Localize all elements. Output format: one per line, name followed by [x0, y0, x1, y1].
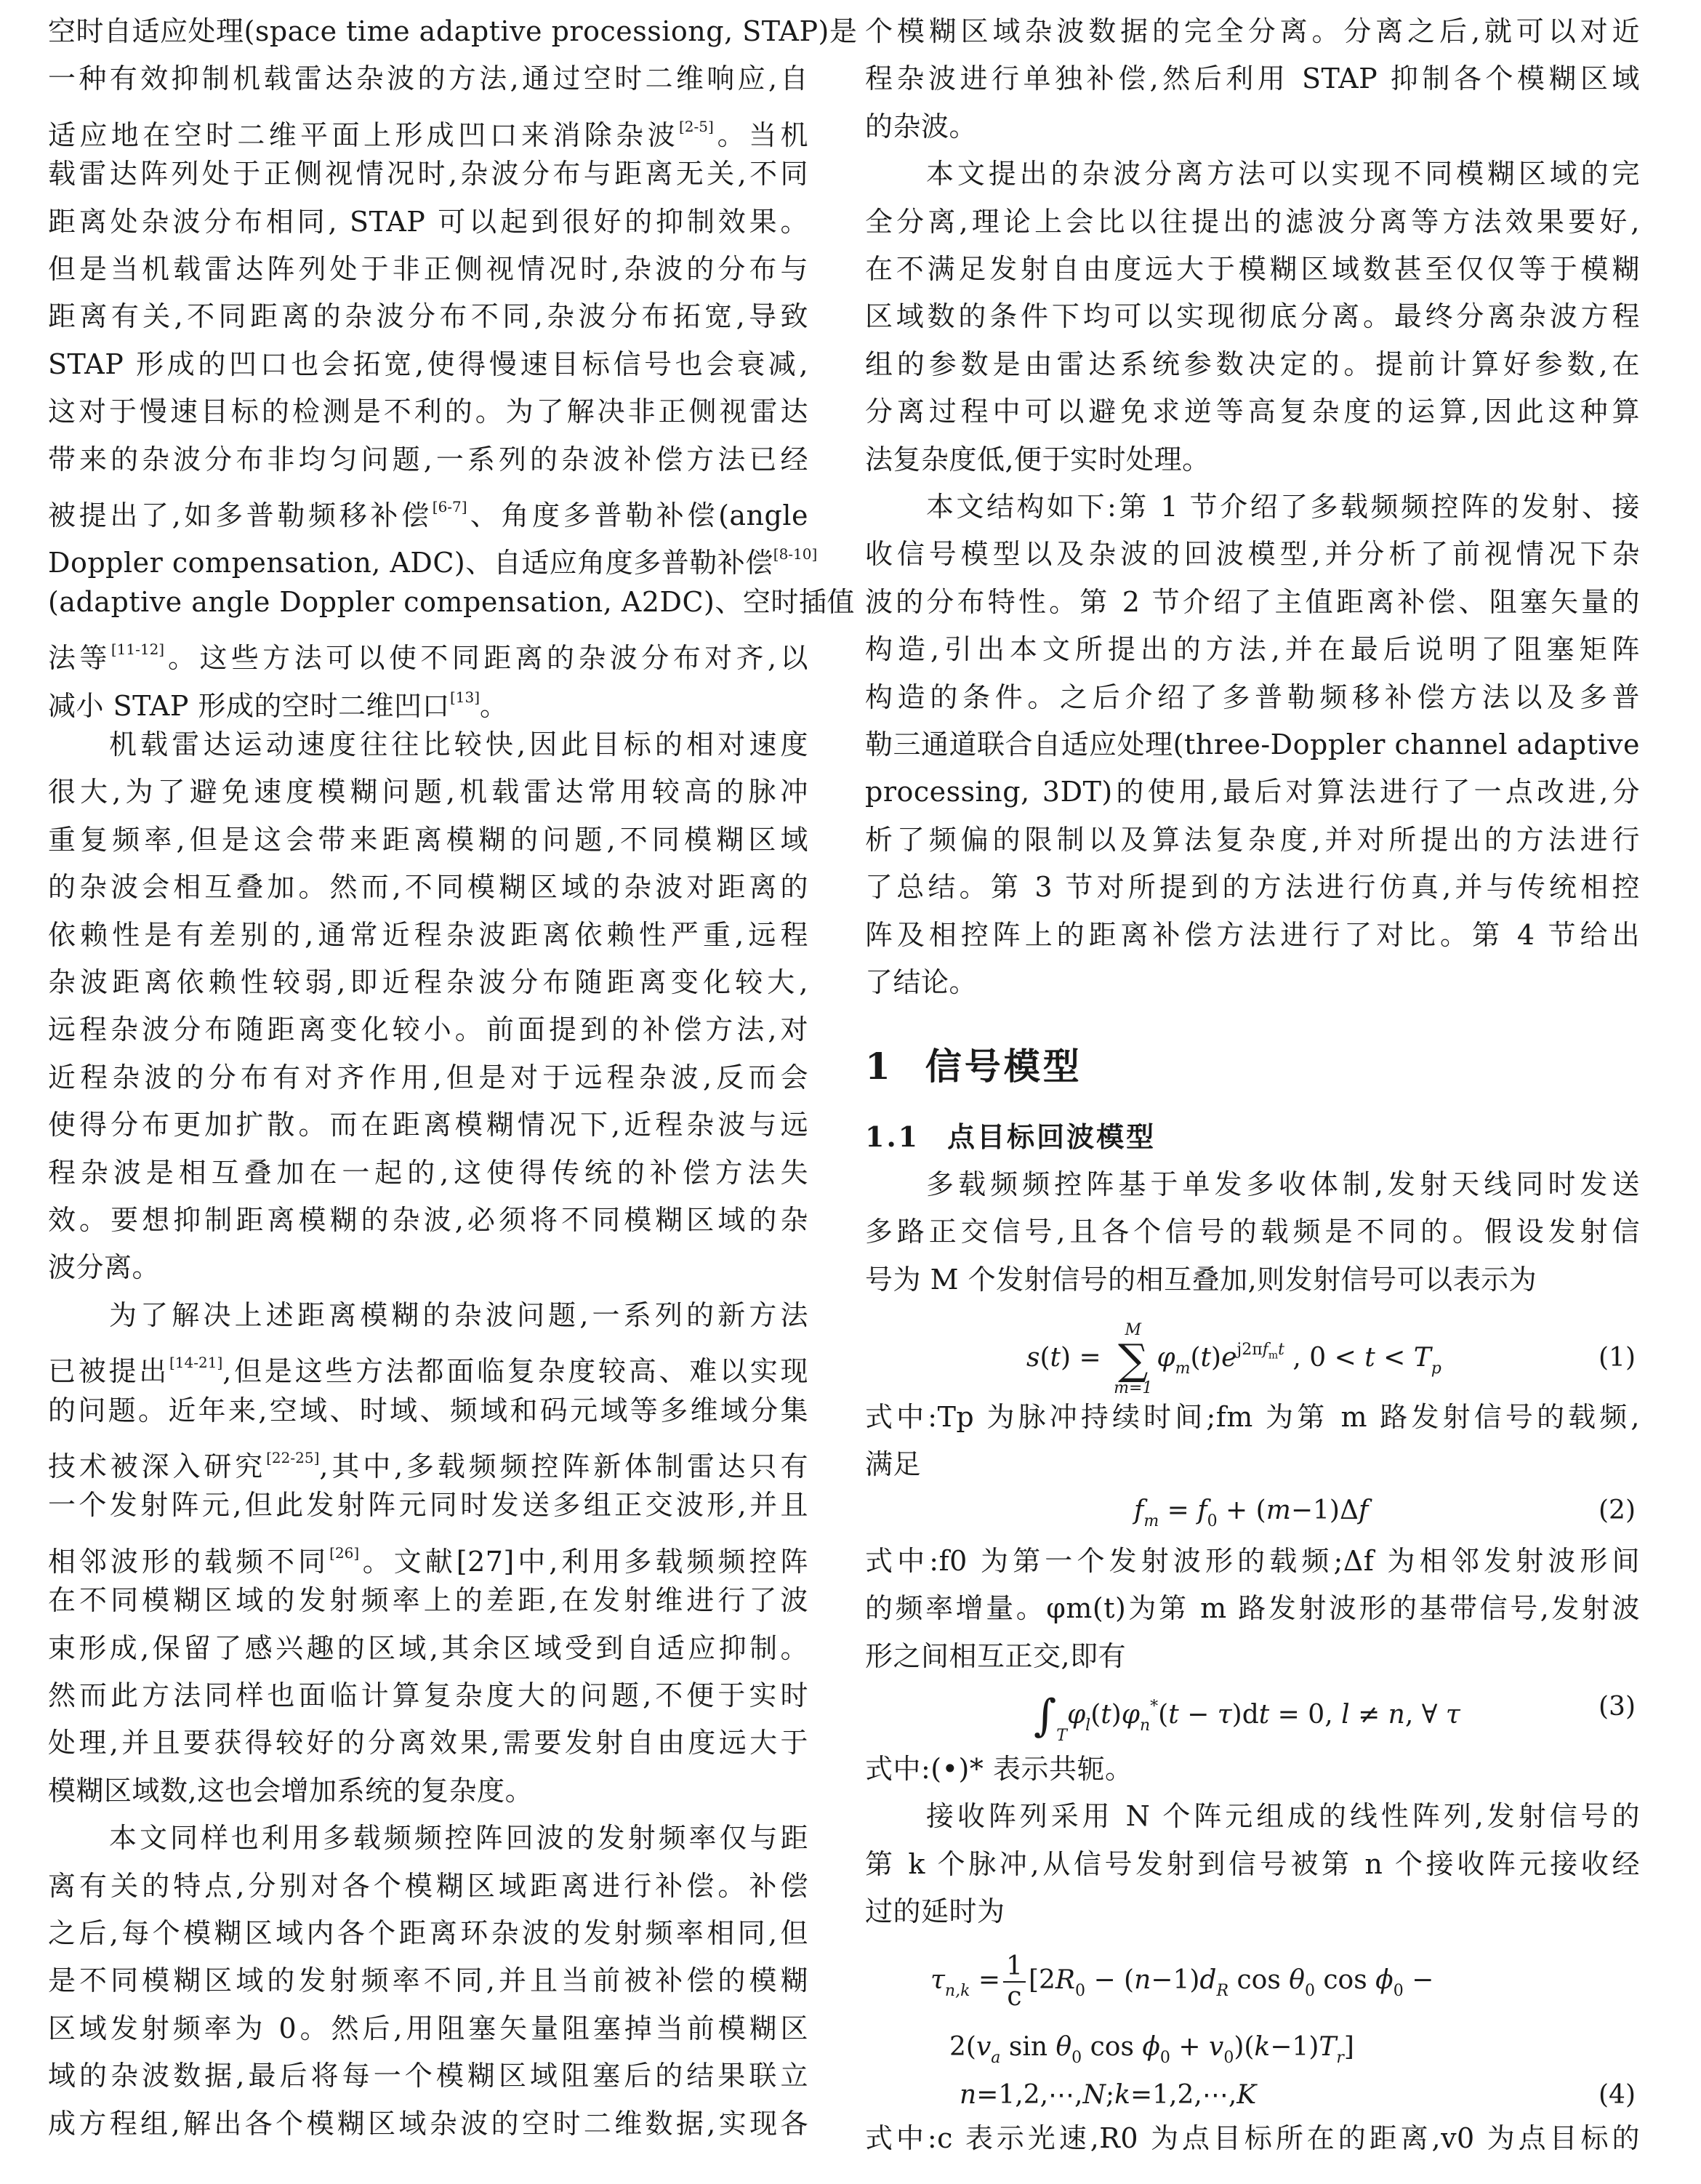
line-text: 离有关的特点,分别对各个模糊区域距离进行补偿。补偿 [48, 1870, 808, 1902]
line-text: 很大,为了避免速度模糊问题,机载雷达常用较高的脉冲 [48, 776, 808, 808]
line-text: 程杂波进行单独补偿,然后利用 STAP 抑制各个模糊区域 [865, 63, 1640, 95]
text-line: 但是当机载雷达阵列处于非正侧视情况时,杂波的分布与 [48, 252, 808, 286]
line-text: 全分离,理论上会比以往提出的滤波分离等方法效果要好, [865, 206, 1640, 238]
line-text: 成方程组,解出各个模糊区域杂波的空时二维数据,实现各 [48, 2108, 808, 2140]
line-text: 近程杂波的分布有对齐作用,但是对于远程杂波,反而会 [48, 1061, 808, 1093]
text-line: 满足 [865, 1448, 1640, 1481]
text-line: 本文提出的杂波分离方法可以实现不同模糊区域的完 [865, 157, 1640, 190]
equation-4-line-3: n=1,2,⋯,N;k=1,2,⋯,K (4) [865, 2073, 1640, 2117]
text-line: 效。要想抑制距离模糊的杂波,必须将不同模糊区域的杂 [48, 1203, 808, 1237]
line-text: 为了解决上述距离模糊的杂波问题,一系列的新方法 [109, 1299, 808, 1331]
text-line: 本文结构如下:第 1 节介绍了多载频频控阵的发射、接 [865, 490, 1640, 523]
text-line: 近程杂波的分布有对齐作用,但是对于远程杂波,反而会 [48, 1061, 808, 1094]
line-text: 阵及相控阵上的距离补偿方法进行了对比。第 4 节给出 [865, 919, 1640, 951]
line-text: 式中:c 表示光速,R0 为点目标所在的距离,v0 为点目标的 [865, 2122, 1640, 2154]
text-line: 离有关的特点,分别对各个模糊区域距离进行补偿。补偿 [48, 1869, 808, 1903]
line-text: 距离处杂波分布相同, STAP 可以起到很好的抑制效果。 [48, 206, 808, 238]
text-line: 的杂波。 [865, 110, 1640, 143]
text-line: 法等[11-12]。这些方法可以使不同距离的杂波分布对齐,以 [48, 633, 808, 666]
line-text-after: ,其中,多载频频控阵新体制雷达只有 [319, 1450, 808, 1482]
text-line: 已被提出[14-21],但是这些方法都面临复杂度较高、难以实现 [48, 1346, 808, 1379]
line-text: 的杂波。 [865, 111, 977, 142]
citation-ref[interactable]: [2-5] [679, 118, 714, 135]
equation-4-line-1: τn,k =1c[2R0 − (n−1)dR cos θ0 cos ϕ0 − [865, 1952, 1640, 2018]
line-text: Doppler compensation, ADC)、自适应角度多普勒补偿 [48, 547, 773, 579]
citation-ref[interactable]: [8-10] [773, 545, 818, 563]
text-line: 波分离。 [48, 1250, 808, 1284]
text-line: 在不满足发射自由度远大于模糊区域数甚至仅仅等于模糊 [865, 252, 1640, 286]
line-text: 号为 M 个发射信号的相互叠加,则发射信号可以表示为 [865, 1264, 1537, 1296]
summation-symbol: M ∑ m=1 [1114, 1322, 1152, 1397]
line-text: 分离过程中可以避免求逆等高复杂度的运算,因此这种算 [865, 396, 1640, 427]
text-line: 波的分布特性。第 2 节介绍了主值距离补偿、阻塞矢量的 [865, 585, 1640, 619]
text-line: 接收阵列采用 N 个阵元组成的线性阵列,发射信号的 [865, 1799, 1640, 1833]
equation-number: (1) [1599, 1336, 1636, 1380]
text-line: 这对于慢速目标的检测是不利的。为了解决非正侧视雷达 [48, 395, 808, 428]
line-text: 是不同模糊区域的发射频率不同,并且当前被补偿的模糊 [48, 1964, 808, 1996]
text-line: 模糊区域数,这也会增加系统的复杂度。 [48, 1774, 808, 1807]
line-text: 满足 [865, 1448, 921, 1480]
subsection-title: 点目标回波模型 [947, 1121, 1156, 1153]
citation-ref[interactable]: [6-7] [433, 498, 467, 515]
line-text: 已被提出 [48, 1355, 169, 1387]
text-line: 了总结。第 3 节对所提到的方法进行仿真,并与传统相控 [865, 870, 1640, 904]
text-line: 析了频偏的限制以及算法复杂度,并对所提出的方法进行 [865, 823, 1640, 856]
line-text: 式中:(•)* 表示共轭。 [865, 1753, 1133, 1785]
section-heading: 1信号模型 [865, 1045, 1082, 1088]
equation-4-line-2: 2(va sin θ0 cos ϕ0 + v0)(k−1)Tr] [865, 2026, 1640, 2069]
text-line: 第 k 个脉冲,从信号发射到信号被第 n 个接收阵元接收经 [865, 1847, 1640, 1881]
text-line: 使得分布更加扩散。而在距离模糊情况下,近程杂波与远 [48, 1108, 808, 1141]
line-text: 形之间相互正交,即有 [865, 1640, 1126, 1672]
text-line: 适应地在空时二维平面上形成凹口来消除杂波[2-5]。当机 [48, 110, 808, 143]
text-line: 分离过程中可以避免求逆等高复杂度的运算,因此这种算 [865, 395, 1640, 428]
line-text: 效。要想抑制距离模糊的杂波,必须将不同模糊区域的杂 [48, 1204, 808, 1236]
line-text: 的频率增量。φm(t)为第 m 路发射波形的基带信号,发射波 [865, 1592, 1640, 1624]
line-text-after: 。 [480, 690, 508, 722]
text-line: 机载雷达运动速度往往比较快,因此目标的相对速度 [48, 728, 808, 761]
line-text: 程杂波是相互叠加在一起的,这使得传统的补偿方法失 [48, 1157, 808, 1189]
text-line: 减小 STAP 形成的空时二维凹口[13]。 [48, 681, 808, 714]
line-text: 区域发射频率为 0。然后,用阻塞矢量阻塞掉当前模糊区 [48, 2012, 808, 2044]
citation-ref[interactable]: [26] [329, 1544, 359, 1562]
text-line: 过的延时为 [865, 1895, 1640, 1928]
equation-1: s(t) = M ∑ m=1 φm(t)ej2πfmt , 0 < t < Tp… [865, 1322, 1640, 1394]
text-line: 全分离,理论上会比以往提出的滤波分离等方法效果要好, [865, 205, 1640, 238]
line-text: 一个发射阵元,但此发射阵元同时发送多组正交波形,并且 [48, 1489, 808, 1521]
line-text: 接收阵列采用 N 个阵元组成的线性阵列,发射信号的 [926, 1800, 1640, 1832]
text-line: 了结论。 [865, 965, 1640, 999]
text-line: 多载频频控阵基于单发多收体制,发射天线同时发送 [865, 1168, 1640, 1201]
subsection-heading: 1.1点目标回波模型 [865, 1120, 1156, 1154]
line-text: 相邻波形的载频不同 [48, 1546, 329, 1578]
text-line: 区域发射频率为 0。然后,用阻塞矢量阻塞掉当前模糊区 [48, 2012, 808, 2045]
text-line: 处理,并且要获得较好的分离效果,需要发射自由度远大于 [48, 1726, 808, 1759]
text-line: 然而此方法同样也面临计算复杂度大的问题,不便于实时 [48, 1679, 808, 1712]
equation-2: fm = f0 + (m−1)Δf (2) [865, 1489, 1640, 1533]
text-line: 阵及相控阵上的距离补偿方法进行了对比。第 4 节给出 [865, 918, 1640, 952]
line-text: 在不满足发射自由度远大于模糊区域数甚至仅仅等于模糊 [865, 253, 1640, 285]
text-line: 式中:(•)* 表示共轭。 [865, 1752, 1640, 1786]
text-line: Doppler compensation, ADC)、自适应角度多普勒补偿[8-… [48, 537, 808, 571]
line-text: 使得分布更加扩散。而在距离模糊情况下,近程杂波与远 [48, 1109, 808, 1141]
line-text: 域的杂波数据,最后将每一个模糊区域阻塞后的结果联立 [48, 2060, 808, 2092]
text-line: 域的杂波数据,最后将每一个模糊区域阻塞后的结果联立 [48, 2059, 808, 2092]
line-text: 多载频频控阵基于单发多收体制,发射天线同时发送 [926, 1168, 1640, 1200]
text-line: 一个发射阵元,但此发射阵元同时发送多组正交波形,并且 [48, 1488, 808, 1522]
line-text: 波分离。 [48, 1251, 160, 1283]
text-line: (adaptive angle Doppler compensation, A2… [48, 585, 808, 619]
line-text: 空时自适应处理(space time adaptive processiong,… [48, 15, 857, 47]
line-text: 法等 [48, 642, 111, 674]
line-text: 法复杂度低,便于实时处理。 [865, 443, 1210, 475]
text-line: 很大,为了避免速度模糊问题,机载雷达常用较高的脉冲 [48, 775, 808, 808]
line-text: 个模糊区域杂波数据的完全分离。分离之后,就可以对近 [865, 15, 1640, 47]
line-text: 勒三通道联合自适应处理(three-Doppler channel adapti… [865, 728, 1640, 760]
line-text: 了结论。 [865, 966, 977, 998]
line-text: 析了频偏的限制以及算法复杂度,并对所提出的方法进行 [865, 824, 1640, 856]
text-line: 杂波距离依赖性较弱,即近程杂波分布随距离变化较大, [48, 965, 808, 999]
line-text: 束形成,保留了感兴趣的区域,其余区域受到自适应抑制。 [48, 1632, 808, 1664]
equation-number: (2) [1599, 1489, 1636, 1533]
line-text: 本文结构如下:第 1 节介绍了多载频频控阵的发射、接 [926, 491, 1640, 523]
line-text-after: 、角度多普勒补偿(angle [467, 499, 808, 531]
text-line: 是不同模糊区域的发射频率不同,并且当前被补偿的模糊 [48, 1964, 808, 1997]
line-text: 依赖性是有差别的,通常近程杂波距离依赖性严重,远程 [48, 919, 808, 951]
line-text: 第 k 个脉冲,从信号发射到信号被第 n 个接收阵元接收经 [865, 1848, 1640, 1880]
text-line: 组的参数是由雷达系统参数决定的。提前计算好参数,在 [865, 348, 1640, 381]
line-text: 一种有效抑制机载雷达杂波的方法,通过空时二维响应,自 [48, 63, 808, 95]
text-line: 构造,引出本文所提出的方法,并在最后说明了阻塞矩阵 [865, 633, 1640, 666]
line-text: 这对于慢速目标的检测是不利的。为了解决非正侧视雷达 [48, 396, 808, 427]
line-text: 然而此方法同样也面临计算复杂度大的问题,不便于实时 [48, 1679, 808, 1711]
citation-ref[interactable]: [22-25] [266, 1449, 319, 1466]
text-line: 区域数的条件下均可以实现彻底分离。最终分离杂波方程 [865, 300, 1640, 333]
line-text: 带来的杂波分布非均匀问题,一系列的杂波补偿方法已经 [48, 443, 808, 475]
line-text: 构造的条件。之后介绍了多普勒频移补偿方法以及多普 [865, 681, 1640, 713]
line-text: 适应地在空时二维平面上形成凹口来消除杂波 [48, 119, 679, 151]
line-text: 构造,引出本文所提出的方法,并在最后说明了阻塞矩阵 [865, 633, 1640, 665]
subsection-number: 1.1 [865, 1120, 920, 1153]
line-text: 了总结。第 3 节对所提到的方法进行仿真,并与传统相控 [865, 871, 1640, 903]
line-text: 在不同模糊区域的发射频率上的差距,在发射维进行了波 [48, 1584, 808, 1616]
text-line: 式中:c 表示光速,R0 为点目标所在的距离,v0 为点目标的 [865, 2121, 1640, 2155]
text-line: 为了解决上述距离模糊的杂波问题,一系列的新方法 [48, 1298, 808, 1332]
line-text-after: 。当机 [714, 119, 808, 151]
line-text: 多路正交信号,且各个信号的载频是不同的。假设发射信 [865, 1216, 1640, 1248]
line-text: 杂波距离依赖性较弱,即近程杂波分布随距离变化较大, [48, 966, 808, 998]
text-line: 带来的杂波分布非均匀问题,一系列的杂波补偿方法已经 [48, 443, 808, 476]
line-text: (adaptive angle Doppler compensation, A2… [48, 586, 855, 618]
text-line: 束形成,保留了感兴趣的区域,其余区域受到自适应抑制。 [48, 1631, 808, 1665]
text-line: 在不同模糊区域的发射频率上的差距,在发射维进行了波 [48, 1583, 808, 1617]
line-text: 过的延时为 [865, 1895, 1005, 1927]
line-text: 但是当机载雷达阵列处于非正侧视情况时,杂波的分布与 [48, 253, 808, 285]
line-text: 机载雷达运动速度往往比较快,因此目标的相对速度 [109, 728, 808, 760]
line-text: 区域数的条件下均可以实现彻底分离。最终分离杂波方程 [865, 300, 1640, 332]
line-text: 距离有关,不同距离的杂波分布不同,杂波分布拓宽,导致 [48, 300, 808, 332]
text-line: 个模糊区域杂波数据的完全分离。分离之后,就可以对近 [865, 15, 1640, 48]
equation-number: (3) [1599, 1685, 1636, 1729]
text-line: 程杂波是相互叠加在一起的,这使得传统的补偿方法失 [48, 1156, 808, 1189]
line-text: processing, 3DT)的使用,最后对算法进行了一点改进,分 [865, 776, 1640, 808]
line-text: 式中:Tp 为脉冲持续时间;fm 为第 m 路发射信号的载频, [865, 1401, 1640, 1433]
line-text: 技术被深入研究 [48, 1450, 266, 1482]
text-line: 法复杂度低,便于实时处理。 [865, 443, 1640, 476]
citation-ref[interactable]: [11-12] [111, 641, 164, 658]
text-line: 远程杂波分布随距离变化较小。前面提到的补偿方法,对 [48, 1013, 808, 1046]
line-text: 载雷达阵列处于正侧视情况时,杂波分布与距离无关,不同 [48, 158, 808, 190]
text-line: 依赖性是有差别的,通常近程杂波距离依赖性严重,远程 [48, 918, 808, 952]
text-line: 的杂波会相互叠加。然而,不同模糊区域的杂波对距离的 [48, 870, 808, 904]
text-line: 一种有效抑制机载雷达杂波的方法,通过空时二维响应,自 [48, 62, 808, 95]
line-text: 之后,每个模糊区域内各个距离环杂波的发射频率相同,但 [48, 1917, 808, 1949]
line-text: STAP 形成的凹口也会拓宽,使得慢速目标信号也会衰减, [48, 348, 808, 380]
text-line: 形之间相互正交,即有 [865, 1639, 1640, 1673]
text-line: 构造的条件。之后介绍了多普勒频移补偿方法以及多普 [865, 681, 1640, 714]
text-line: 载雷达阵列处于正侧视情况时,杂波分布与距离无关,不同 [48, 157, 808, 190]
citation-ref[interactable]: [13] [450, 688, 480, 706]
line-text: 模糊区域数,这也会增加系统的复杂度。 [48, 1775, 533, 1807]
text-line: 多路正交信号,且各个信号的载频是不同的。假设发射信 [865, 1215, 1640, 1248]
text-line: processing, 3DT)的使用,最后对算法进行了一点改进,分 [865, 775, 1640, 808]
line-text-after: ,但是这些方法都面临复杂度较高、难以实现 [222, 1355, 808, 1387]
line-text: 处理,并且要获得较好的分离效果,需要发射自由度远大于 [48, 1727, 808, 1759]
text-line: 收信号模型以及杂波的回波模型,并分析了前视情况下杂 [865, 537, 1640, 571]
text-line: 技术被深入研究[22-25],其中,多载频频控阵新体制雷达只有 [48, 1441, 808, 1474]
equation-number: (4) [1599, 2073, 1636, 2117]
text-line: 程杂波进行单独补偿,然后利用 STAP 抑制各个模糊区域 [865, 62, 1640, 95]
line-text-after: 。这些方法可以使不同距离的杂波分布对齐,以 [164, 642, 808, 674]
line-text: 组的参数是由雷达系统参数决定的。提前计算好参数,在 [865, 348, 1640, 380]
line-text: 波的分布特性。第 2 节介绍了主值距离补偿、阻塞矢量的 [865, 586, 1640, 618]
equation-3: ∫Tφl(t)φn*(t − τ)dt = 0, l ≠ n, ∀ τ (3) [865, 1685, 1640, 1729]
text-line: 之后,每个模糊区域内各个距离环杂波的发射频率相同,但 [48, 1916, 808, 1950]
text-line: 式中:f0 为第一个发射波形的载频;Δf 为相邻发射波形间 [865, 1544, 1640, 1578]
line-text: 被提出了,如多普勒频移补偿 [48, 499, 433, 531]
text-line: STAP 形成的凹口也会拓宽,使得慢速目标信号也会衰减, [48, 348, 808, 381]
section-number: 1 [865, 1045, 893, 1088]
line-text: 本文同样也利用多载频频控阵回波的发射频率仅与距 [109, 1822, 808, 1854]
line-text: 远程杂波分布随距离变化较小。前面提到的补偿方法,对 [48, 1013, 808, 1045]
line-text: 重复频率,但是这会带来距离模糊的问题,不同模糊区域 [48, 824, 808, 856]
text-line: 勒三通道联合自适应处理(three-Doppler channel adapti… [865, 728, 1640, 761]
line-text: 的问题。近年来,空域、时域、频域和码元域等多维域分集 [48, 1394, 808, 1426]
text-line: 距离有关,不同距离的杂波分布不同,杂波分布拓宽,导致 [48, 300, 808, 333]
citation-ref[interactable]: [14-21] [169, 1354, 222, 1371]
text-line: 被提出了,如多普勒频移补偿[6-7]、角度多普勒补偿(angle [48, 490, 808, 523]
line-text: 减小 STAP 形成的空时二维凹口 [48, 690, 450, 722]
text-line: 的问题。近年来,空域、时域、频域和码元域等多维域分集 [48, 1394, 808, 1427]
text-line: 重复频率,但是这会带来距离模糊的问题,不同模糊区域 [48, 823, 808, 856]
text-line: 距离处杂波分布相同, STAP 可以起到很好的抑制效果。 [48, 205, 808, 238]
text-line: 的频率增量。φm(t)为第 m 路发射波形的基带信号,发射波 [865, 1591, 1640, 1625]
text-line: 相邻波形的载频不同[26]。文献[27]中,利用多载频频控阵 [48, 1536, 808, 1570]
text-line: 号为 M 个发射信号的相互叠加,则发射信号可以表示为 [865, 1263, 1640, 1296]
line-text: 收信号模型以及杂波的回波模型,并分析了前视情况下杂 [865, 538, 1640, 570]
line-text: 本文提出的杂波分离方法可以实现不同模糊区域的完 [926, 158, 1640, 190]
text-line: 式中:Tp 为脉冲持续时间;fm 为第 m 路发射信号的载频, [865, 1400, 1640, 1434]
line-text: 的杂波会相互叠加。然而,不同模糊区域的杂波对距离的 [48, 871, 808, 903]
line-text-after: 。文献[27]中,利用多载频频控阵 [359, 1546, 808, 1578]
line-text: 式中:f0 为第一个发射波形的载频;Δf 为相邻发射波形间 [865, 1545, 1640, 1577]
text-line: 本文同样也利用多载频频控阵回波的发射频率仅与距 [48, 1821, 808, 1855]
text-line: 成方程组,解出各个模糊区域杂波的空时二维数据,实现各 [48, 2107, 808, 2140]
section-title: 信号模型 [925, 1045, 1082, 1088]
text-line: 空时自适应处理(space time adaptive processiong,… [48, 15, 808, 48]
